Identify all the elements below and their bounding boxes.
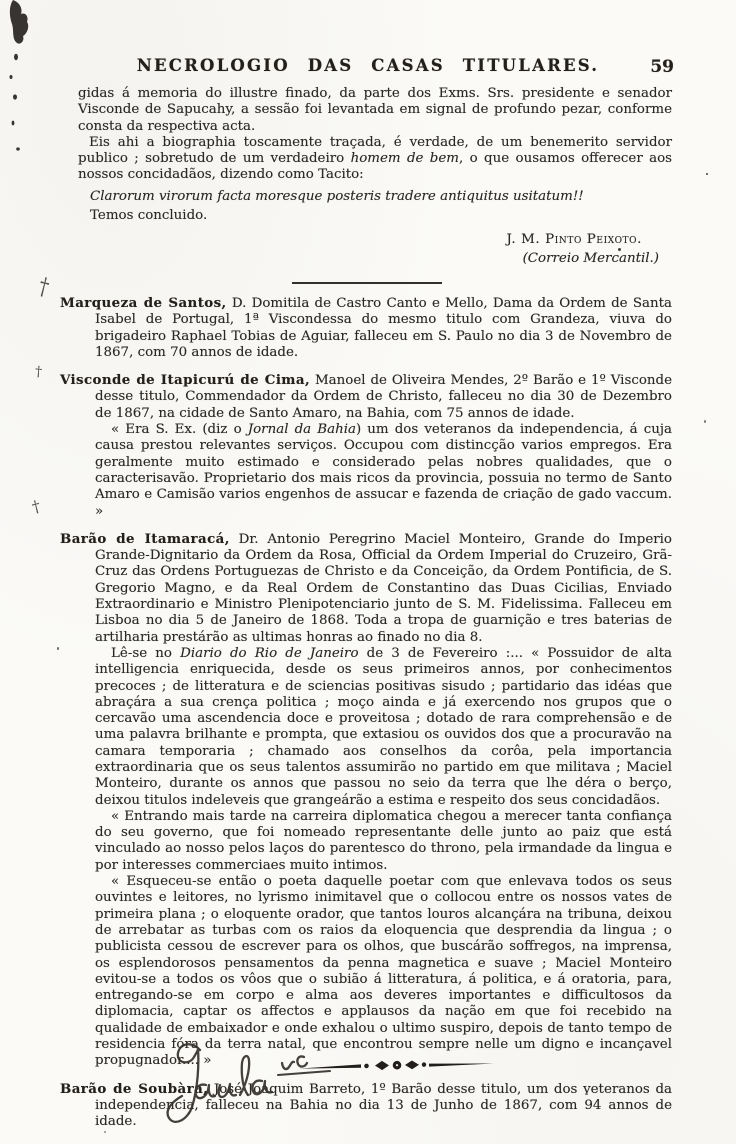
entry-text: Dr. Antonio Peregrino Maciel Monteiro, G… xyxy=(95,532,672,645)
paragraph-text: de 3 de Fevereiro :... « Possuidor de al… xyxy=(95,646,672,808)
scan-speck xyxy=(704,420,706,423)
handwritten-annotation xyxy=(148,1040,333,1132)
source-attribution: (Correio Mercantil.) xyxy=(78,251,672,267)
entry-quote-paragraph: Lê-se no Diario do Rio de Janeiro de 3 d… xyxy=(95,646,672,809)
obituary-entry-visconde-de-itapicuru: Visconde de Itapicurú de Cima, Manoel de… xyxy=(78,372,672,520)
margin-dagger-mark: † xyxy=(36,273,52,302)
entry-paragraph: Barão de Itamaracá, Dr. Antonio Peregrin… xyxy=(95,531,672,646)
entry-quote-paragraph: « Era S. Ex. (diz o Jornal da Bahia) um … xyxy=(95,422,672,520)
italic-publication-name: Jornal da Bahia xyxy=(248,422,356,437)
running-title: NECROLOGIO DAS CASAS TITULARES. xyxy=(0,56,736,75)
obituary-entry-barao-de-itamaraca: Barão de Itamaracá, Dr. Antonio Peregrin… xyxy=(78,531,672,1070)
entry-paragraph: Visconde de Itapicurú de Cima, Manoel de… xyxy=(95,372,672,422)
intro-paragraph-continuation: gidas á memoria do illustre finado, da p… xyxy=(78,86,672,135)
entry-title: Barão de Itamaracá, xyxy=(60,531,230,547)
italic-publication-name: Diario do Rio de Janeiro xyxy=(180,646,358,661)
margin-dagger-mark: † xyxy=(30,496,42,516)
scan-speck xyxy=(367,1006,369,1008)
scan-speck xyxy=(706,173,708,175)
scanned-book-page: NECROLOGIO DAS CASAS TITULARES. 59 † † †… xyxy=(0,0,736,1144)
entry-quote-paragraph: « Entrando mais tarde na carreira diplom… xyxy=(95,809,672,874)
page-header: NECROLOGIO DAS CASAS TITULARES. 59 xyxy=(0,56,736,82)
entry-title: Marqueza de Santos, xyxy=(60,295,227,311)
closing-line: Temos concluido. xyxy=(90,208,672,224)
margin-dagger-mark: † xyxy=(34,364,42,380)
intro-paragraph-2: Eis ahi a biographia toscamente traçada,… xyxy=(78,135,672,184)
latin-quote: Clarorum virorum facta moresque posteris… xyxy=(90,189,672,205)
paragraph-text: Lê-se no xyxy=(111,646,180,661)
obituary-entry-marqueza-de-santos: Marqueza de Santos, D. Domitila de Castr… xyxy=(78,295,672,361)
entry-title: Visconde de Itapicurú de Cima, xyxy=(60,372,310,388)
scan-speck xyxy=(104,1131,106,1133)
scan-speck xyxy=(585,1093,588,1095)
scan-speck xyxy=(57,647,59,650)
entry-paragraph: Marqueza de Santos, D. Domitila de Castr… xyxy=(95,295,672,361)
author-signature: J. M. Pinto Peixoto. xyxy=(78,232,672,248)
text-column: gidas á memoria do illustre finado, da p… xyxy=(78,86,672,1131)
page-number: 59 xyxy=(650,57,674,77)
scan-speck xyxy=(618,248,621,251)
section-divider-rule xyxy=(292,282,442,284)
paragraph-text: « Era S. Ex. (diz o xyxy=(111,422,248,437)
italic-phrase: homem de bem xyxy=(351,151,459,166)
